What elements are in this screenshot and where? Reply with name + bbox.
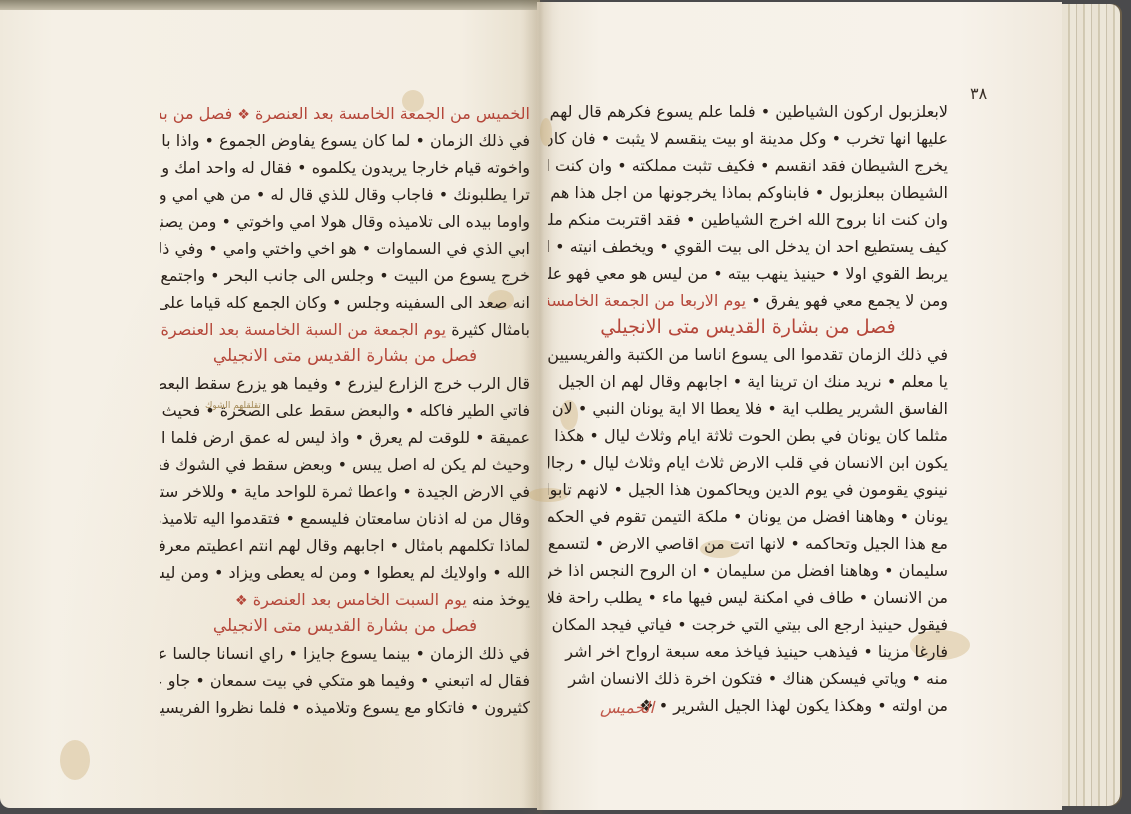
rubric-title: فصل من بشارة القديس متى الانجيلي (160, 613, 530, 640)
text-line: كثيرون • فاتكاو مع يسوع وتلاميذه • فلما … (160, 694, 530, 721)
text-line: يربط القوي اولا • حينيذ ينهب بيته • من ل… (548, 260, 948, 287)
text-line: واخوته قيام خارجا يريدون يكلموه • فقال ل… (160, 154, 530, 181)
text-line: في ذلك الزمان تقدموا الى يسوع اناسا من ا… (548, 341, 948, 368)
text-line: وقال من له اذنان سامعتان فليسمع • فتقدمو… (160, 505, 530, 532)
rubric-day: يوم السبت الخامس بعد العنصرة (253, 590, 467, 609)
rubric-title: فصل من بشارة القديس متى الانجيلي (548, 314, 948, 341)
text-line: سليمان • وهاهنا افضل من سليمان • ان الرو… (548, 557, 948, 584)
text-line: الشيطان ببعلزبول • فابناوكم بماذا يخرجون… (548, 179, 948, 206)
text-line: في ذلك الزمان • لما كان يسوع يفاوض الجمو… (160, 127, 530, 154)
ornament-icon: ❖ (235, 593, 248, 609)
rubric-heading: الخميس من الجمعة الخامسة بعد العنصرة ❖ ف… (160, 100, 530, 127)
text-fragment: بامثال كثيرة (451, 320, 530, 339)
interlinear-note: تقلقلهم الشوك (205, 401, 261, 411)
text-line: من الانسان • طاف في امكنة ليس فيها ماء •… (548, 584, 948, 611)
text-line: فقال له اتبعني • وفيما هو متكي في بيت سم… (160, 667, 530, 694)
text-line: واوما بيده الى تلاميذه وقال هولا امي واخ… (160, 208, 530, 235)
text-line: الفاسق الشرير يطلب اية • فلا يعطا الا اي… (548, 395, 948, 422)
catchword: الخميس (600, 698, 654, 717)
text-line: في ذلك الزمان • بينما يسوع جايزا • راي ا… (160, 640, 530, 667)
text-line: يونان • وهاهنا افضل من يونان • ملكة التي… (548, 503, 948, 530)
text-line: عليها انها تخرب • وكل مدينة او بيت ينقسم… (548, 125, 948, 152)
text-line: ابي الذي في السماوات • هو اخي واختي وامي… (160, 235, 530, 262)
text-line: منه • وياتي فيسكن هناك • فتكون اخرة ذلك … (548, 665, 948, 692)
text-line: فارغا مزينا • فيذهب حينيذ فياخذ معه سبعة… (548, 638, 948, 665)
text-line: كيف يستطيع احد ان يدخل الى بيت القوي • و… (548, 233, 948, 260)
text-line: يكون ابن الانسان في قلب الارض ثلاث ايام … (548, 449, 948, 476)
text-line: فيقول حينيذ ارجع الى بيتي التي خرجت • في… (548, 611, 948, 638)
text-line: يخرج الشيطان فقد انقسم • فكيف تثبت مملكت… (548, 152, 948, 179)
rubric-day: يوم الجمعة من السبة الخامسة بعد العنصرة (161, 320, 447, 339)
text-line: عميقة • للوقت لم يعرق • واذ ليس له عمق ا… (160, 424, 530, 451)
mixed-line: ومن لا يجمع معي فهو يفرق • يوم الاربعا م… (548, 287, 948, 314)
rubric-day: يوم الاربعا من الجمعة الخامسة بعد العنصر… (548, 291, 746, 310)
rubric-title: فصل من بشارة متى الانجيلي (160, 104, 232, 123)
ornament-icon: ❖ (237, 107, 250, 123)
text-fragment: يوخذ منه (472, 590, 530, 609)
text-line: وان كنت انا بروح الله اخرج الشياطين • فق… (548, 206, 948, 233)
mixed-line: يوخذ منه يوم السبت الخامس بعد العنصرة ❖ (160, 586, 530, 613)
text-line: انه صعد الى السفينه وجلس • وكان الجمع كل… (160, 289, 530, 316)
text-line: وحيث لم يكن له اصل يبس • وبعض سقط في الش… (160, 451, 530, 478)
text-line: في الارض الجيدة • واعطا ثمرة للواحد ماية… (160, 478, 530, 505)
manuscript-spread: ٣٨ الخميس من الجمعة الخامسة بعد العنصرة … (0, 0, 1131, 814)
text-line: الله • واولايك لم يعطوا • ومن له يعطى وي… (160, 559, 530, 586)
text-line: خرج يسوع من البيت • وجلس الى جانب البحر … (160, 262, 530, 289)
text-line: نينوي يقومون في يوم الدين ويحاكمون هذا ا… (548, 476, 948, 503)
rubric-title: فصل من بشارة القديس متى الانجيلي (160, 343, 530, 370)
mixed-line: بامثال كثيرة يوم الجمعة من السبة الخامسة… (160, 316, 530, 343)
page-edges-fore-edge (1062, 4, 1120, 806)
text-line: ترا يطلبونك • فاجاب وقال للذي قال له • م… (160, 181, 530, 208)
text-line: يا معلم • نريد منك ان ترينا اية • اجابهم… (548, 368, 948, 395)
text-line: مع هذا الجيل وتحاكمه • لانها اتت من اقاص… (548, 530, 948, 557)
folio-number: ٣٨ (970, 84, 987, 103)
right-page-text: لابعلزبول اركون الشياطين • فلما علم يسوع… (548, 98, 948, 719)
text-line: لماذا تكلمهم بامثال • اجابهم وقال لهم ان… (160, 532, 530, 559)
text-line: مثلما كان يونان في بطن الحوت ثلاثة ايام … (548, 422, 948, 449)
rubric-day: الخميس من الجمعة الخامسة بعد العنصرة (255, 104, 530, 123)
text-line: قال الرب خرج الزارع ليزرع • وفيما هو يزر… (160, 370, 530, 397)
text-fragment: ومن لا يجمع معي فهو يفرق • (751, 291, 948, 310)
text-line: لابعلزبول اركون الشياطين • فلما علم يسوع… (548, 98, 948, 125)
